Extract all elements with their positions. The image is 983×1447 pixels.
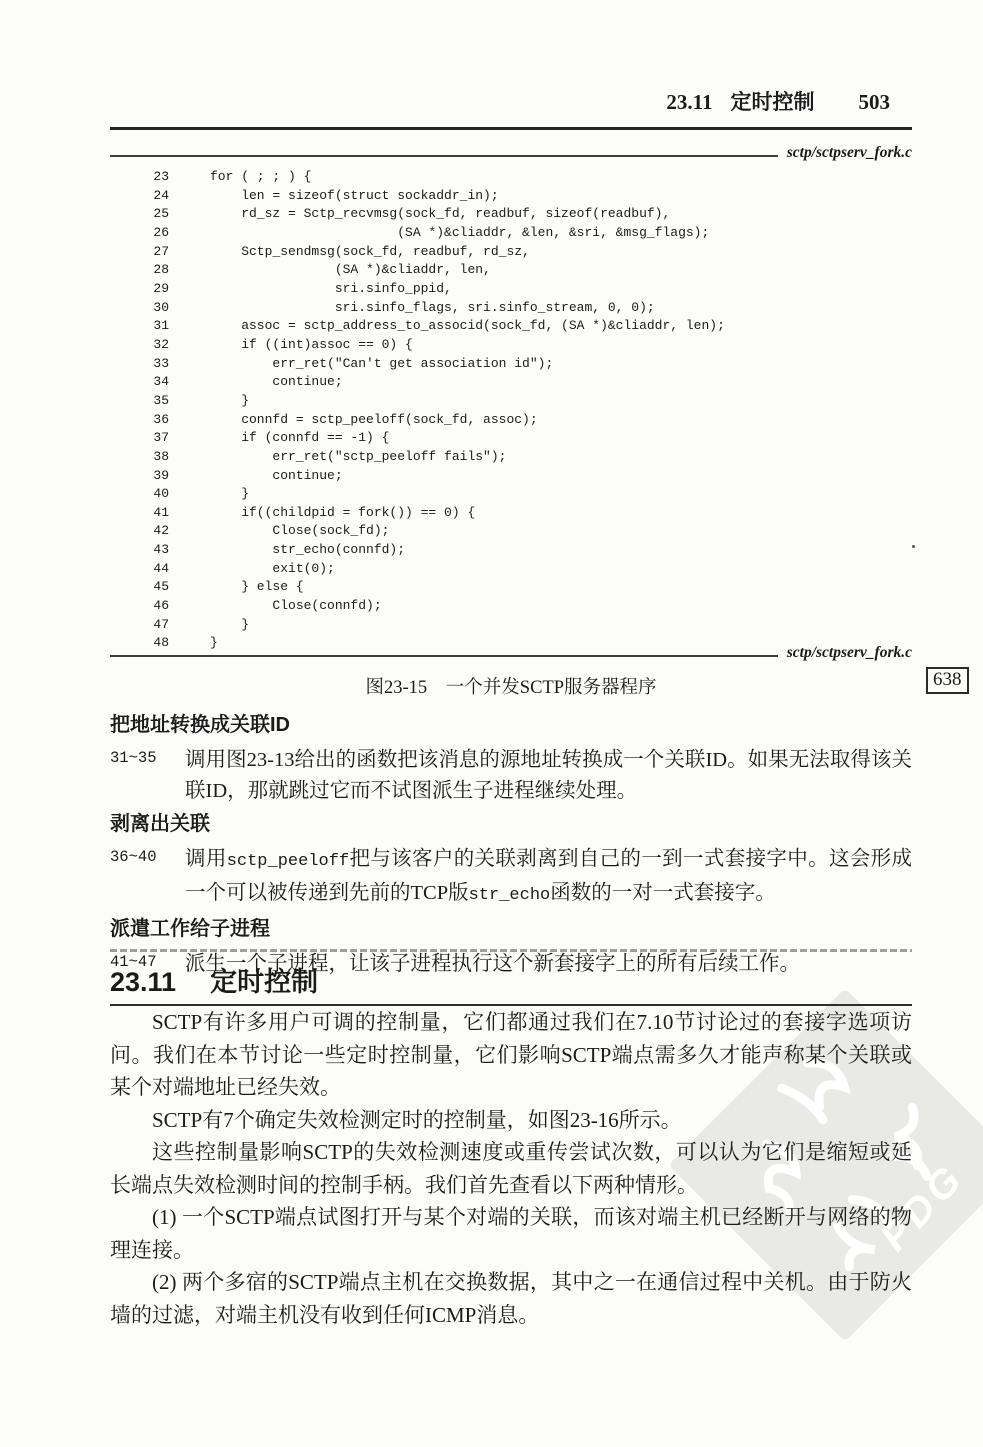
line-range-label: 31~35 bbox=[110, 745, 185, 767]
code-line-number: 39 bbox=[145, 467, 169, 486]
code-line: 36 connfd = sctp_peeloff(sock_fd, assoc)… bbox=[145, 411, 725, 430]
code-line-number: 45 bbox=[145, 578, 169, 597]
code-text: } bbox=[210, 392, 249, 411]
code-line: 45 } else { bbox=[145, 578, 725, 597]
code-text: err_ret("sctp_peeloff fails"); bbox=[210, 448, 506, 467]
commentary-item: 31~35调用图23-13给出的函数把该消息的源地址转换成一个关联ID。如果无法… bbox=[110, 745, 912, 806]
source-filename: sctp/sctpserv_fork.c bbox=[787, 144, 912, 162]
code-text: continue; bbox=[210, 373, 343, 392]
code-listing: 23for ( ; ; ) {24 len = sizeof(struct so… bbox=[145, 168, 725, 653]
code-text: rd_sz = Sctp_recvmsg(sock_fd, readbuf, s… bbox=[210, 205, 670, 224]
section-number: 23.11 bbox=[110, 967, 176, 998]
source-filename: sctp/sctpserv_fork.c bbox=[787, 644, 912, 662]
code-line: 41 if((childpid = fork()) == 0) { bbox=[145, 504, 725, 523]
code-line-number: 36 bbox=[145, 411, 169, 430]
paragraph: SCTP有许多用户可调的控制量，它们都通过我们在7.10节讨论过的套接字选项访问… bbox=[110, 1006, 912, 1104]
code-line-number: 37 bbox=[145, 429, 169, 448]
code-line-number: 26 bbox=[145, 224, 169, 243]
commentary-segment: sctp_peeloff bbox=[227, 852, 349, 871]
code-text: exit(0); bbox=[210, 560, 335, 579]
figure-title: 一个并发SCTP服务器程序 bbox=[446, 678, 657, 698]
code-text: assoc = sctp_address_to_associd(sock_fd,… bbox=[210, 317, 725, 336]
code-line: 35 } bbox=[145, 392, 725, 411]
code-line: 34 continue; bbox=[145, 373, 725, 392]
code-text: str_echo(connfd); bbox=[210, 541, 405, 560]
code-line-number: 24 bbox=[145, 187, 169, 206]
body-text: SCTP有许多用户可调的控制量，它们都通过我们在7.10节讨论过的套接字选项访问… bbox=[110, 1006, 912, 1331]
commentary-heading: 把地址转换成关联ID bbox=[110, 712, 912, 738]
code-line: 44 exit(0); bbox=[145, 560, 725, 579]
code-text: sri.sinfo_ppid, bbox=[210, 280, 452, 299]
code-line: 43 str_echo(connfd); bbox=[145, 541, 725, 560]
scan-speck bbox=[912, 545, 915, 548]
code-text: } bbox=[210, 616, 249, 635]
commentary-segment: 函数的一对一式套接字。 bbox=[550, 882, 776, 904]
rule-line bbox=[110, 155, 778, 157]
header-rule bbox=[110, 127, 912, 130]
commentary-segment: 调用图23-13给出的函数把该消息的源地址转换成一个关联ID。如果无法取得该关联… bbox=[185, 749, 912, 802]
code-text: sri.sinfo_flags, sri.sinfo_stream, 0, 0)… bbox=[210, 299, 655, 318]
code-line: 26 (SA *)&cliaddr, &len, &sri, &msg_flag… bbox=[145, 224, 725, 243]
section-heading: 23.11 定时控制 bbox=[110, 952, 912, 1006]
code-line: 25 rd_sz = Sctp_recvmsg(sock_fd, readbuf… bbox=[145, 205, 725, 224]
code-line-number: 33 bbox=[145, 355, 169, 374]
commentary-segment: str_echo bbox=[469, 886, 551, 905]
figure-number: 图23-15 bbox=[365, 678, 427, 698]
code-line-number: 46 bbox=[145, 597, 169, 616]
code-text: (SA *)&cliaddr, len, bbox=[210, 261, 491, 280]
section-heading-block: 23.11 定时控制 bbox=[110, 949, 912, 1006]
code-text: Sctp_sendmsg(sock_fd, readbuf, rd_sz, bbox=[210, 243, 530, 262]
code-text: connfd = sctp_peeloff(sock_fd, assoc); bbox=[210, 411, 538, 430]
code-line: 27 Sctp_sendmsg(sock_fd, readbuf, rd_sz, bbox=[145, 243, 725, 262]
paragraph: SCTP有7个确定失效检测定时的控制量，如图23-16所示。 bbox=[110, 1104, 912, 1137]
code-line: 23for ( ; ; ) { bbox=[145, 168, 725, 187]
code-line-number: 35 bbox=[145, 392, 169, 411]
commentary-heading: 剥离出关联 bbox=[110, 811, 912, 837]
code-line-number: 40 bbox=[145, 485, 169, 504]
code-text: len = sizeof(struct sockaddr_in); bbox=[210, 187, 499, 206]
code-line-number: 25 bbox=[145, 205, 169, 224]
commentary-segment: 调用 bbox=[185, 848, 227, 870]
paragraph: 这些控制量影响SCTP的失效检测速度或重传尝试次数，可以认为它们是缩短或延长端点… bbox=[110, 1136, 912, 1201]
code-line-number: 41 bbox=[145, 504, 169, 523]
code-text: (SA *)&cliaddr, &len, &sri, &msg_flags); bbox=[210, 224, 709, 243]
rule-line bbox=[110, 655, 778, 657]
code-line-number: 38 bbox=[145, 448, 169, 467]
code-line-number: 30 bbox=[145, 299, 169, 318]
line-range-label: 36~40 bbox=[110, 844, 185, 866]
code-line: 42 Close(sock_fd); bbox=[145, 522, 725, 541]
code-line: 38 err_ret("sctp_peeloff fails"); bbox=[145, 448, 725, 467]
running-head-page-number: 503 bbox=[859, 90, 891, 115]
cross-reference-page-box: 638 bbox=[926, 667, 969, 694]
code-text: } bbox=[210, 485, 249, 504]
code-line: 30 sri.sinfo_flags, sri.sinfo_stream, 0,… bbox=[145, 299, 725, 318]
commentary-item: 36~40调用sctp_peeloff把与该客户的关联剥离到自己的一到一式套接字… bbox=[110, 844, 912, 911]
code-text: } else { bbox=[210, 578, 304, 597]
commentary-block: 把地址转换成关联ID31~35调用图23-13给出的函数把该消息的源地址转换成一… bbox=[110, 707, 912, 980]
book-page: PDG 23.11 定时控制 503 sctp/sctpserv_fork.c … bbox=[0, 0, 983, 1447]
section-title: 定时控制 bbox=[210, 960, 318, 999]
running-head: 23.11 定时控制 503 bbox=[110, 86, 890, 116]
code-line: 29 sri.sinfo_ppid, bbox=[145, 280, 725, 299]
code-line-number: 23 bbox=[145, 168, 169, 187]
running-head-section-number: 23.11 bbox=[666, 90, 712, 115]
figure-caption: 图23-15 一个并发SCTP服务器程序 bbox=[110, 673, 912, 699]
code-text: if((childpid = fork()) == 0) { bbox=[210, 504, 475, 523]
code-text: continue; bbox=[210, 467, 343, 486]
code-text: if (connfd == -1) { bbox=[210, 429, 389, 448]
code-line: 37 if (connfd == -1) { bbox=[145, 429, 725, 448]
code-line: 46 Close(connfd); bbox=[145, 597, 725, 616]
code-text: for ( ; ; ) { bbox=[210, 168, 311, 187]
code-line-number: 43 bbox=[145, 541, 169, 560]
code-line: 47 } bbox=[145, 616, 725, 635]
commentary-text: 调用图23-13给出的函数把该消息的源地址转换成一个关联ID。如果无法取得该关联… bbox=[185, 745, 912, 806]
code-figure-top-rule: sctp/sctpserv_fork.c bbox=[110, 144, 912, 162]
code-line-number: 31 bbox=[145, 317, 169, 336]
code-line-number: 32 bbox=[145, 336, 169, 355]
code-line: 39 continue; bbox=[145, 467, 725, 486]
code-text: Close(connfd); bbox=[210, 597, 382, 616]
code-line-number: 29 bbox=[145, 280, 169, 299]
code-text: err_ret("Can't get association id"); bbox=[210, 355, 553, 374]
code-line-number: 28 bbox=[145, 261, 169, 280]
paragraph: (1) 一个SCTP端点试图打开与某个对端的关联，而该对端主机已经断开与网络的物… bbox=[110, 1201, 912, 1266]
code-line: 33 err_ret("Can't get association id"); bbox=[145, 355, 725, 374]
code-line: 28 (SA *)&cliaddr, len, bbox=[145, 261, 725, 280]
code-line-number: 34 bbox=[145, 373, 169, 392]
code-line-number: 42 bbox=[145, 522, 169, 541]
code-line-number: 44 bbox=[145, 560, 169, 579]
code-text: Close(sock_fd); bbox=[210, 522, 389, 541]
code-line: 31 assoc = sctp_address_to_associd(sock_… bbox=[145, 317, 725, 336]
code-line-number: 27 bbox=[145, 243, 169, 262]
code-line-number: 47 bbox=[145, 616, 169, 635]
code-line: 24 len = sizeof(struct sockaddr_in); bbox=[145, 187, 725, 206]
code-figure-bottom-rule: sctp/sctpserv_fork.c bbox=[110, 644, 912, 662]
code-line: 40 } bbox=[145, 485, 725, 504]
commentary-text: 调用sctp_peeloff把与该客户的关联剥离到自己的一到一式套接字中。这会形… bbox=[185, 844, 912, 911]
code-line: 32 if ((int)assoc == 0) { bbox=[145, 336, 725, 355]
code-text: if ((int)assoc == 0) { bbox=[210, 336, 413, 355]
running-head-section-title: 定时控制 bbox=[731, 86, 815, 116]
paragraph: (2) 两个多宿的SCTP端点主机在交换数据，其中之一在通信过程中关机。由于防火… bbox=[110, 1266, 912, 1331]
commentary-heading: 派遣工作给子进程 bbox=[110, 916, 912, 942]
